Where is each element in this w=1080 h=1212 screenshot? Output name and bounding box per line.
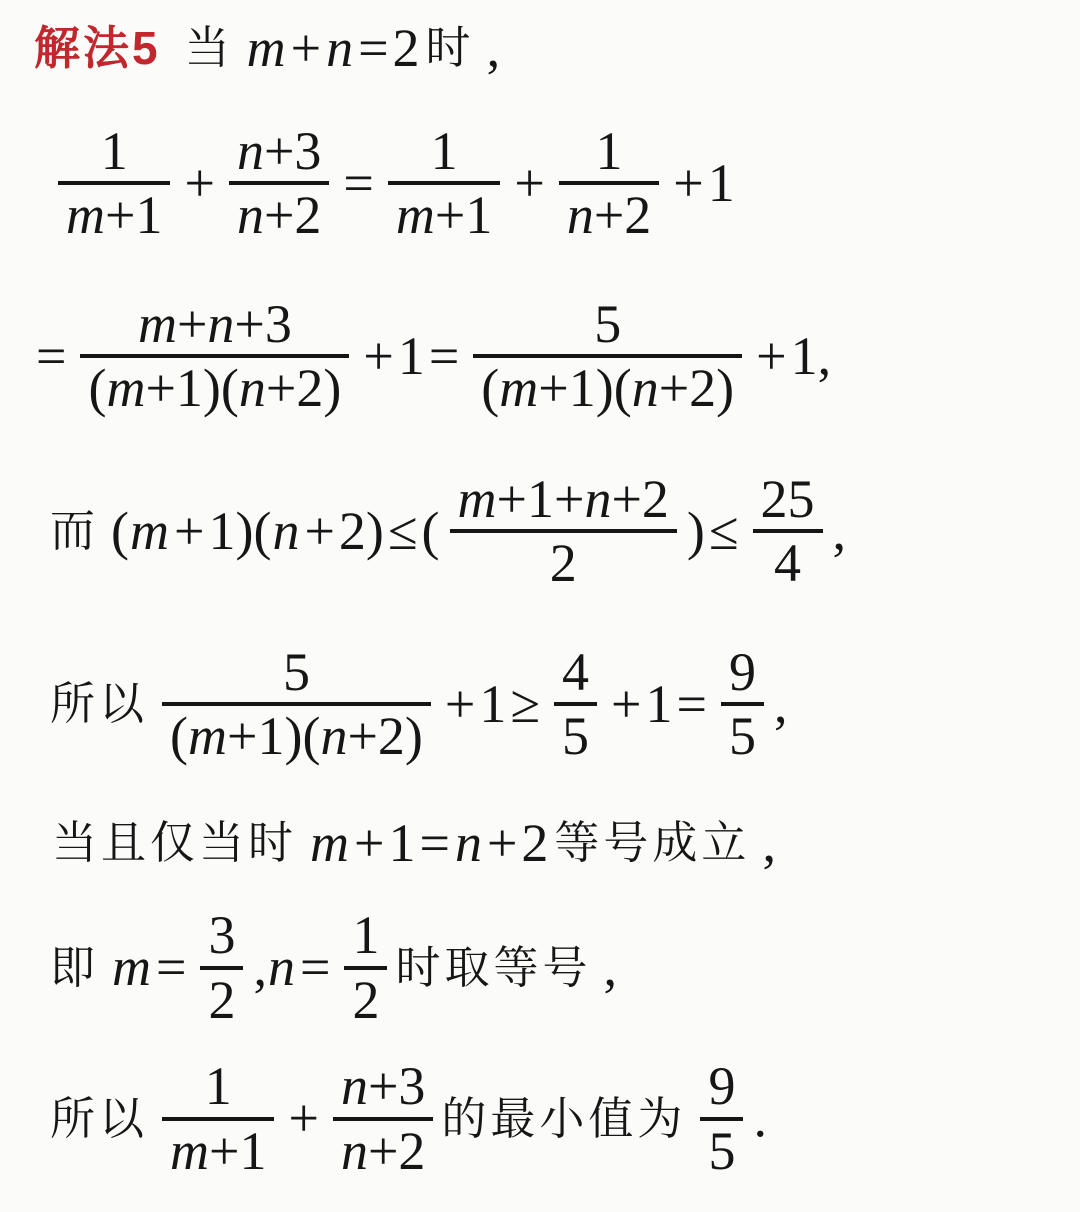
chinese-text: 时 [426, 21, 475, 75]
chinese-text: 当 [185, 21, 234, 75]
solution-lines: 解法5当m+n=2时,1m+1+n+3n+2=1m+1+1n+2+1=m+n+3… [34, 16, 1070, 1181]
fraction-denominator: m+1 [388, 185, 500, 245]
conclusion-line: 所以1m+1+n+3n+2的最小值为95. [48, 1056, 1070, 1181]
math-text: , [603, 935, 617, 1000]
fraction-denominator: n+2 [559, 185, 659, 245]
math-text: +1= [607, 672, 711, 737]
fraction-numerator: n+3 [333, 1056, 433, 1116]
chinese-text: 即 [50, 941, 99, 995]
fraction-numerator: n+3 [229, 121, 329, 181]
fraction-denominator: (m+1)(n+2) [80, 358, 349, 418]
chinese-text: 而 [50, 504, 99, 558]
math-fraction: 12 [344, 905, 387, 1030]
header-line: 解法5当m+n=2时, [34, 16, 1070, 81]
math-text: , [487, 16, 501, 81]
fraction-denominator: n+2 [333, 1121, 433, 1181]
fraction-denominator: 5 [554, 706, 597, 766]
fraction-numerator: m+n+3 [80, 294, 349, 354]
fraction-numerator: 1 [162, 1056, 274, 1116]
fraction-denominator: 4 [753, 533, 823, 593]
chinese-text: 所以 [50, 677, 148, 731]
fraction-numerator: 1 [344, 905, 387, 965]
math-fraction: 1m+1 [58, 121, 170, 246]
fraction-numerator: 9 [721, 642, 764, 702]
chinese-text: 等号成立 [554, 816, 750, 870]
math-text: , [774, 672, 788, 737]
math-text: +1= [359, 324, 463, 389]
math-text: + [180, 151, 218, 216]
math-fraction: 1m+1 [162, 1056, 274, 1181]
math-text: = [32, 324, 70, 389]
math-fraction: n+3n+2 [229, 121, 329, 246]
math-fraction: 45 [554, 642, 597, 767]
chinese-text: 的最小值为 [441, 1092, 686, 1146]
math-fraction: 1n+2 [559, 121, 659, 246]
math-fraction: 95 [700, 1056, 743, 1181]
math-text: + [284, 1086, 322, 1151]
fraction-denominator: m+1 [58, 185, 170, 245]
fraction-numerator: 9 [700, 1056, 743, 1116]
fraction-denominator: n+2 [229, 185, 329, 245]
math-text: . [753, 1086, 767, 1151]
math-fraction: n+3n+2 [333, 1056, 433, 1181]
math-text: + [510, 151, 548, 216]
therefore-line: 所以5(m+1)(n+2)+1≥45+1=95, [48, 642, 1070, 767]
math-text: (m+1)(n+2)≤( [111, 499, 440, 564]
math-text: , [833, 499, 847, 564]
fraction-denominator: m+1 [162, 1121, 274, 1181]
chinese-text: 所以 [50, 1092, 148, 1146]
math-fraction: 32 [200, 905, 243, 1030]
equation-line-2: =m+n+3(m+1)(n+2)+1=5(m+1)(n+2)+1, [28, 294, 1070, 419]
math-text: +1 [669, 151, 734, 216]
inequality-line: 而(m+1)(n+2)≤(m+1+n+22)≤254, [48, 469, 1070, 594]
fraction-numerator: m+1+n+2 [450, 469, 677, 529]
math-fraction: 1m+1 [388, 121, 500, 246]
solution-document: 解法5当m+n=2时,1m+1+n+3n+2=1m+1+1n+2+1=m+n+3… [34, 16, 1070, 1181]
fraction-denominator: 2 [450, 533, 677, 593]
math-text: , [762, 811, 776, 876]
math-fraction: 5(m+1)(n+2) [162, 642, 431, 767]
fraction-denominator: (m+1)(n+2) [473, 358, 742, 418]
math-text: m= [111, 935, 190, 1000]
fraction-numerator: 25 [753, 469, 823, 529]
math-text: +1, [752, 324, 831, 389]
math-text: ,n= [253, 935, 334, 1000]
fraction-numerator: 4 [554, 642, 597, 702]
math-text: = [339, 151, 377, 216]
fraction-denominator: 5 [721, 706, 764, 766]
fraction-denominator: (m+1)(n+2) [162, 706, 431, 766]
fraction-numerator: 3 [200, 905, 243, 965]
math-fraction: 254 [753, 469, 823, 594]
fraction-denominator: 5 [700, 1121, 743, 1181]
math-fraction: m+1+n+22 [450, 469, 677, 594]
fraction-numerator: 1 [388, 121, 500, 181]
math-fraction: m+n+3(m+1)(n+2) [80, 294, 349, 419]
fraction-numerator: 5 [162, 642, 431, 702]
solution-label: 解法5 [34, 22, 161, 75]
chinese-text: 当且仅当时 [52, 816, 297, 870]
math-text: )≤ [687, 499, 743, 564]
fraction-denominator: 2 [200, 970, 243, 1030]
math-text: m+n=2 [246, 16, 420, 81]
fraction-numerator: 5 [473, 294, 742, 354]
math-text: m+1=n+2 [309, 811, 548, 876]
math-text: +1≥ [441, 672, 544, 737]
equality-condition-line: 当且仅当时m+1=n+2等号成立, [50, 811, 1070, 876]
chinese-text: 时取等号 [395, 941, 591, 995]
math-fraction: 5(m+1)(n+2) [473, 294, 742, 419]
fraction-numerator: 1 [58, 121, 170, 181]
fraction-denominator: 2 [344, 970, 387, 1030]
math-fraction: 95 [721, 642, 764, 767]
fraction-numerator: 1 [559, 121, 659, 181]
equality-values-line: 即m=32,n=12时取等号, [48, 905, 1070, 1030]
equation-line-1: 1m+1+n+3n+2=1m+1+1n+2+1 [52, 121, 1070, 246]
